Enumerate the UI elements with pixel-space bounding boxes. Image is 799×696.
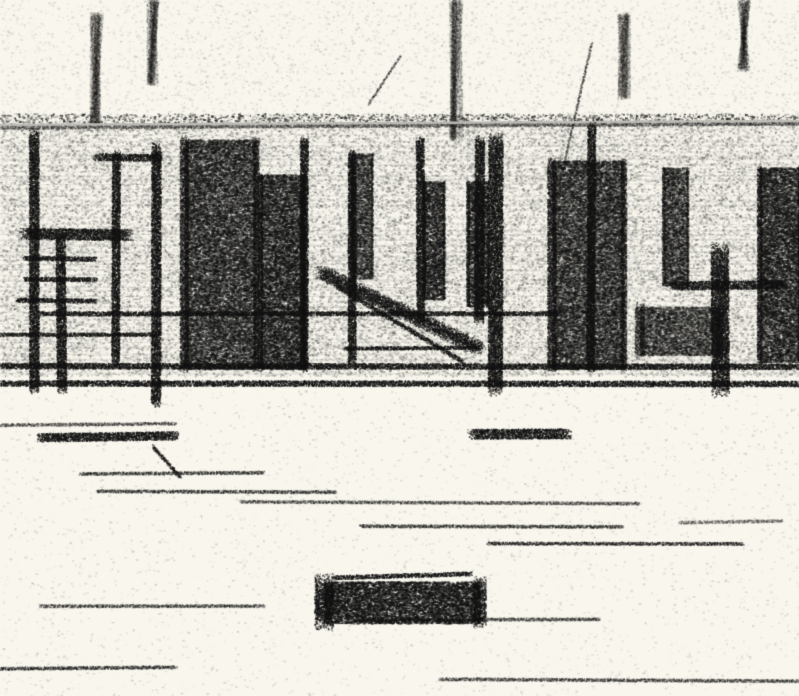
sketch-canvas: [0, 0, 799, 696]
charcoal-sketch-artwork: Charcoal sketch of an industrial waterfr…: [0, 0, 799, 696]
